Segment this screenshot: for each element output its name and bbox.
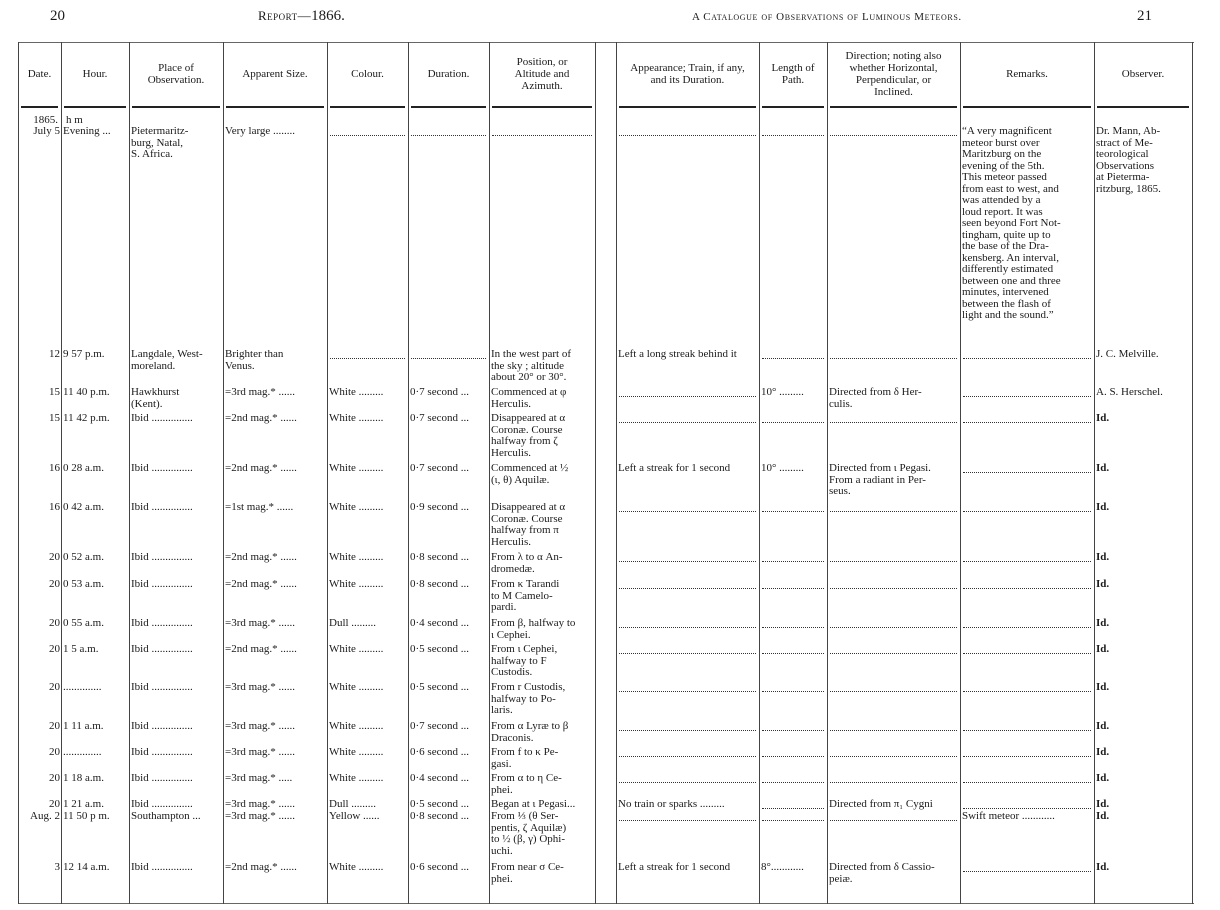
cell-colour: White ......... — [329, 644, 407, 656]
header-direction: Direction; noting also whether Horizonta… — [827, 42, 960, 106]
cell-date: 15 — [20, 387, 60, 399]
column-rule — [489, 42, 490, 904]
cell-duration: 0·9 second ... — [410, 502, 488, 514]
cell-direction: Directed from π₁ Cygni — [829, 799, 959, 811]
cell-hour: 0 42 a.m. — [63, 502, 128, 514]
dot-leader — [963, 756, 1091, 757]
cell-position: From r Custodis, halfway to Po- laris. — [491, 682, 594, 717]
dot-leader — [330, 358, 405, 359]
meteor-observations-table: Date.Hour.Place of Observation.Apparent … — [18, 42, 1194, 904]
cell-date: 15 — [20, 413, 60, 425]
cell-direction: Directed from δ Cassio- peiæ. — [829, 862, 959, 885]
cell-size: =3rd mag.* ...... — [225, 682, 326, 694]
cell-place: Ibid ............... — [131, 747, 222, 759]
cell-date: 12 — [20, 349, 60, 361]
dot-leader — [619, 730, 756, 731]
dot-leader — [963, 561, 1091, 562]
cell-colour: Yellow ...... — [329, 811, 407, 823]
cell-observer: A. S. Herschel. — [1096, 387, 1191, 399]
cell-date: 20 — [20, 721, 60, 733]
header-place: Place of Observation. — [129, 42, 223, 106]
cell-position: From α to η Ce- phei. — [491, 773, 594, 796]
dot-leader — [963, 653, 1091, 654]
cell-place: Ibid ............... — [131, 799, 222, 811]
cell-hour: 0 53 a.m. — [63, 579, 128, 591]
dot-leader — [762, 808, 824, 809]
cell-position: From α Lyræ to β Draconis. — [491, 721, 594, 744]
dot-leader — [830, 820, 957, 821]
cell-colour: White ......... — [329, 721, 407, 733]
header-rule — [330, 106, 405, 108]
cell-date: Aug. 2 — [20, 811, 60, 823]
cell-hour: .............. — [63, 747, 128, 759]
cell-size: Brighter than Venus. — [225, 349, 326, 372]
table-bottom-rule — [18, 903, 1194, 904]
header-rule — [492, 106, 592, 108]
cell-place: Langdale, West- moreland. — [131, 349, 222, 372]
dot-leader — [619, 135, 756, 136]
dot-leader — [963, 422, 1091, 423]
dot-leader — [830, 135, 957, 136]
cell-date: 20 — [20, 682, 60, 694]
header-rule — [830, 106, 957, 108]
cell-direction: Directed from ι Pegasi. From a radiant i… — [829, 463, 959, 498]
column-rule — [960, 42, 961, 904]
cell-position: Began at ι Pegasi... — [491, 799, 594, 811]
cell-colour: White ......... — [329, 747, 407, 759]
header-rule — [1097, 106, 1189, 108]
cell-duration: 0·8 second ... — [410, 552, 488, 564]
cell-colour: Dull ......... — [329, 799, 407, 811]
cell-appearance: Left a streak for 1 second — [618, 463, 758, 475]
column-rule — [223, 42, 224, 904]
cell-date: 20 — [20, 747, 60, 759]
cell-colour: White ......... — [329, 682, 407, 694]
header-remarks: Remarks. — [960, 42, 1094, 106]
dot-leader — [619, 782, 756, 783]
dot-leader — [619, 756, 756, 757]
header-rule — [226, 106, 324, 108]
cell-observer: Dr. Mann, Ab- stract of Me- teorological… — [1096, 126, 1191, 195]
dot-leader — [619, 588, 756, 589]
dot-leader — [963, 871, 1091, 872]
cell-colour: White ......... — [329, 463, 407, 475]
cell-date: 16 — [20, 463, 60, 475]
column-rule — [595, 42, 596, 904]
cell-position: From κ Tarandi to M Camelo- pardi. — [491, 579, 594, 614]
header-duration: Duration. — [408, 42, 489, 106]
cell-observer: Id. — [1096, 773, 1191, 785]
dot-leader — [830, 653, 957, 654]
cell-position: In the west part of the sky ; altitude a… — [491, 349, 594, 384]
page-number-right: 21 — [1137, 8, 1152, 28]
cell-position: Commenced at φ Herculis. — [491, 387, 594, 410]
cell-place: Ibid ............... — [131, 579, 222, 591]
column-rule — [1094, 42, 1095, 904]
cell-colour: White ......... — [329, 502, 407, 514]
cell-place: Ibid ............... — [131, 552, 222, 564]
header-rule — [963, 106, 1091, 108]
dot-leader — [330, 135, 405, 136]
column-rule — [1192, 42, 1193, 904]
dot-leader — [963, 358, 1091, 359]
cell-colour: White ......... — [329, 773, 407, 785]
cell-observer: Id. — [1096, 811, 1191, 823]
cell-size: =2nd mag.* ...... — [225, 552, 326, 564]
cell-length: 10° ......... — [761, 463, 826, 475]
dot-leader — [830, 511, 957, 512]
cell-hour: 11 42 p.m. — [63, 413, 128, 425]
cell-size: =2nd mag.* ...... — [225, 644, 326, 656]
column-rule — [759, 42, 760, 904]
cell-size: =3rd mag.* ...... — [225, 747, 326, 759]
running-head-left-text: Report— — [258, 8, 311, 23]
cell-size: =3rd mag.* ...... — [225, 811, 326, 823]
cell-colour: White ......... — [329, 579, 407, 591]
cell-position: From ι Cephei, halfway to F Custodis. — [491, 644, 594, 679]
cell-hour: Evening ... — [63, 126, 128, 138]
cell-place: Hawkhurst (Kent). — [131, 387, 222, 410]
cell-hour: 9 57 p.m. — [63, 349, 128, 361]
cell-observer: Id. — [1096, 682, 1191, 694]
cell-date: 20 — [20, 644, 60, 656]
cell-position: From f to κ Pe- gasi. — [491, 747, 594, 770]
dot-leader — [762, 756, 824, 757]
cell-hour: .............. — [63, 682, 128, 694]
cell-duration: 0·5 second ... — [410, 644, 488, 656]
dot-leader — [830, 691, 957, 692]
dot-leader — [762, 730, 824, 731]
cell-position: Disappeared at α Coronæ. Course halfway … — [491, 413, 594, 459]
cell-hour: 11 50 p m. — [63, 811, 128, 823]
cell-colour: White ......... — [329, 552, 407, 564]
dot-leader — [619, 561, 756, 562]
column-rule — [827, 42, 828, 904]
dot-leader — [762, 135, 824, 136]
cell-place: Ibid ............... — [131, 413, 222, 425]
cell-duration: 0·7 second ... — [410, 387, 488, 399]
dot-leader — [619, 820, 756, 821]
cell-duration: 0·4 second ... — [410, 773, 488, 785]
cell-size: =3rd mag.* ...... — [225, 387, 326, 399]
cell-colour: White ......... — [329, 413, 407, 425]
header-appearance: Appearance; Train, if any, and its Durat… — [616, 42, 759, 106]
running-head-year: 1866. — [311, 8, 345, 24]
dot-leader — [762, 422, 824, 423]
cell-place: Ibid ............... — [131, 644, 222, 656]
header-rule — [619, 106, 756, 108]
cell-place: Ibid ............... — [131, 721, 222, 733]
cell-observer: Id. — [1096, 579, 1191, 591]
dot-leader — [762, 358, 824, 359]
dot-leader — [492, 135, 592, 136]
cell-date: 3 — [20, 862, 60, 874]
dot-leader — [963, 588, 1091, 589]
running-head-left: Report—1866. — [258, 8, 345, 28]
cell-place: Ibid ............... — [131, 682, 222, 694]
dot-leader — [963, 782, 1091, 783]
dot-leader — [762, 627, 824, 628]
cell-colour: Dull ......... — [329, 618, 407, 630]
cell-observer: Id. — [1096, 747, 1191, 759]
cell-size: =3rd mag.* ...... — [225, 618, 326, 630]
dot-leader — [411, 135, 486, 136]
dot-leader — [762, 653, 824, 654]
cell-colour: White ......... — [329, 862, 407, 874]
page-number-left: 20 — [50, 8, 65, 28]
cell-date: 20 — [20, 799, 60, 811]
cell-appearance: Left a long streak behind it — [618, 349, 758, 361]
cell-hour: 0 28 a.m. — [63, 463, 128, 475]
dot-leader — [619, 627, 756, 628]
cell-hour: 1 5 a.m. — [63, 644, 128, 656]
cell-place: Pietermaritz- burg, Natal, S. Africa. — [131, 126, 222, 161]
header-position: Position, or Altitude and Azimuth. — [489, 42, 595, 106]
cell-observer: Id. — [1096, 463, 1191, 475]
column-rule — [18, 42, 19, 904]
cell-size: =3rd mag.* ...... — [225, 721, 326, 733]
cell-appearance: Left a streak for 1 second — [618, 862, 758, 874]
dot-leader — [963, 396, 1091, 397]
header-rule — [411, 106, 486, 108]
dot-leader — [830, 588, 957, 589]
dot-leader — [963, 691, 1091, 692]
cell-duration: 0·8 second ... — [410, 811, 488, 823]
dot-leader — [963, 472, 1091, 473]
cell-observer: J. C. Melville. — [1096, 349, 1191, 361]
cell-duration: 0·8 second ... — [410, 579, 488, 591]
dot-leader — [830, 782, 957, 783]
dot-leader — [619, 511, 756, 512]
cell-hour: 12 14 a.m. — [63, 862, 128, 874]
dot-leader — [762, 511, 824, 512]
cell-duration: 0·7 second ... — [410, 721, 488, 733]
cell-position: From β, halfway to ι Cephei. — [491, 618, 594, 641]
dot-leader — [762, 782, 824, 783]
dot-leader — [830, 358, 957, 359]
header-rule — [132, 106, 220, 108]
cell-duration: 0·6 second ... — [410, 862, 488, 874]
cell-observer: Id. — [1096, 502, 1191, 514]
dot-leader — [830, 561, 957, 562]
cell-observer: Id. — [1096, 644, 1191, 656]
header-size: Apparent Size. — [223, 42, 327, 106]
dot-leader — [619, 653, 756, 654]
cell-size: =3rd mag.* ..... — [225, 773, 326, 785]
header-observer: Observer. — [1094, 42, 1192, 106]
dot-leader — [963, 511, 1091, 512]
cell-date: 20 — [20, 773, 60, 785]
header-hour: Hour. — [61, 42, 129, 106]
cell-place: Ibid ............... — [131, 618, 222, 630]
cell-hour: 0 55 a.m. — [63, 618, 128, 630]
cell-hour: 0 52 a.m. — [63, 552, 128, 564]
cell-position: From near σ Ce- phei. — [491, 862, 594, 885]
cell-place: Ibid ............... — [131, 463, 222, 475]
cell-position: From λ to α An- dromedæ. — [491, 552, 594, 575]
cell-date: 16 — [20, 502, 60, 514]
cell-remarks: “A very magnificent meteor burst over Ma… — [962, 126, 1093, 322]
cell-observer: Id. — [1096, 721, 1191, 733]
dot-leader — [619, 396, 756, 397]
cell-size: =1st mag.* ...... — [225, 502, 326, 514]
header-rule — [762, 106, 824, 108]
dot-leader — [830, 756, 957, 757]
cell-place: Ibid ............... — [131, 502, 222, 514]
cell-size: =2nd mag.* ...... — [225, 413, 326, 425]
header-rule — [21, 106, 58, 108]
dot-leader — [762, 561, 824, 562]
dot-leader — [762, 820, 824, 821]
cell-position: Disappeared at α Coronæ. Course halfway … — [491, 502, 594, 548]
dot-leader — [762, 588, 824, 589]
cell-direction: Directed from δ Her- culis. — [829, 387, 959, 410]
cell-observer: Id. — [1096, 552, 1191, 564]
cell-hour: 1 21 a.m. — [63, 799, 128, 811]
column-rule — [129, 42, 130, 904]
cell-duration: 0·4 second ... — [410, 618, 488, 630]
dot-leader — [963, 627, 1091, 628]
column-rule — [61, 42, 62, 904]
dot-leader — [411, 358, 486, 359]
cell-duration: 0·5 second ... — [410, 682, 488, 694]
dot-leader — [963, 808, 1091, 809]
cell-observer: Id. — [1096, 618, 1191, 630]
cell-observer: Id. — [1096, 413, 1191, 425]
running-head-right: A Catalogue of Observations of Luminous … — [692, 11, 962, 31]
cell-remarks: Swift meteor ............ — [962, 811, 1093, 823]
cell-duration: 0·7 second ... — [410, 413, 488, 425]
header-rule — [64, 106, 126, 108]
column-rule — [408, 42, 409, 904]
dot-leader — [830, 627, 957, 628]
cell-colour: White ......... — [329, 387, 407, 399]
cell-hour: 11 40 p.m. — [63, 387, 128, 399]
cell-duration: 0·7 second ... — [410, 463, 488, 475]
cell-duration: 0·5 second ... — [410, 799, 488, 811]
cell-size: =2nd mag.* ...... — [225, 579, 326, 591]
cell-date: 20 — [20, 618, 60, 630]
cell-date: July 5 — [20, 126, 60, 138]
cell-duration: 0·6 second ... — [410, 747, 488, 759]
dot-leader — [963, 730, 1091, 731]
dot-leader — [830, 730, 957, 731]
dot-leader — [619, 422, 756, 423]
column-rule — [327, 42, 328, 904]
cell-hour: 1 11 a.m. — [63, 721, 128, 733]
cell-size: Very large ........ — [225, 126, 326, 138]
cell-size: =2nd mag.* ...... — [225, 463, 326, 475]
cell-appearance: No train or sparks ......... — [618, 799, 758, 811]
cell-size: =3rd mag.* ...... — [225, 799, 326, 811]
cell-position: Commenced at ½ (ι, θ) Aquilæ. — [491, 463, 594, 486]
cell-hour: 1 18 a.m. — [63, 773, 128, 785]
header-date: Date. — [18, 42, 61, 106]
cell-date: 20 — [20, 552, 60, 564]
cell-place: Ibid ............... — [131, 862, 222, 874]
header-colour: Colour. — [327, 42, 408, 106]
dot-leader — [830, 422, 957, 423]
cell-position: From ⅓ (θ Ser- pentis, ζ Aquilæ) to ½ (β… — [491, 811, 594, 857]
cell-size: =2nd mag.* ...... — [225, 862, 326, 874]
cell-length: 8°............ — [761, 862, 826, 874]
dot-leader — [619, 691, 756, 692]
cell-place: Ibid ............... — [131, 773, 222, 785]
header-length: Length of Path. — [759, 42, 827, 106]
column-rule — [616, 42, 617, 904]
cell-date: 20 — [20, 579, 60, 591]
cell-place: Southampton ... — [131, 811, 222, 823]
cell-observer: Id. — [1096, 799, 1191, 811]
dot-leader — [762, 691, 824, 692]
cell-length: 10° ......... — [761, 387, 826, 399]
cell-observer: Id. — [1096, 862, 1191, 874]
